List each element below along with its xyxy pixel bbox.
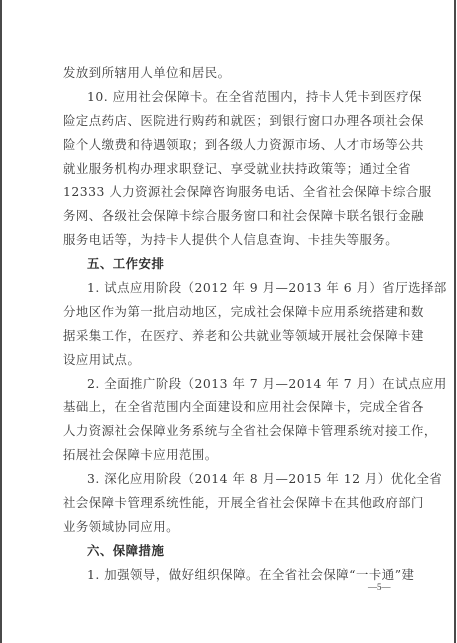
paragraph-deepening-stage-start: 3. 深化应用阶段（2014 年 8 月—2015 年 12 月）优化全省 — [63, 467, 399, 491]
page-number: —5— — [368, 582, 391, 592]
paragraph-10-start: 10. 应用社会保障卡。在全省范围内，持卡人凭卡到医疗保 — [63, 85, 399, 109]
paragraph-rollout-stage-start: 2. 全面推广阶段（2013 年 7 月—2014 年 7 月）在试点应用 — [63, 372, 399, 396]
text-line: 设应用试点。 — [63, 348, 399, 372]
section-heading-safeguards: 六、保障措施 — [63, 539, 399, 563]
text-line: 就业服务机构办理求职登记、享受就业扶持政策等；通过全省 — [63, 157, 399, 181]
text-line: 拓展社会保障卡应用范围。 — [63, 443, 399, 467]
page-right-border — [454, 0, 456, 643]
section-heading-work-arrangement: 五、工作安排 — [63, 252, 399, 276]
text-line: 险定点药店、医院进行购药和就医；到银行窗口办理各项社会保 — [63, 109, 399, 133]
document-body: 发放到所辖用人单位和居民。 10. 应用社会保障卡。在全省范围内，持卡人凭卡到医… — [63, 61, 399, 587]
text-line: 人力资源社会保障业务系统与全省社会保障卡管理系统对接工作， — [63, 419, 399, 443]
document-page: 发放到所辖用人单位和居民。 10. 应用社会保障卡。在全省范围内，持卡人凭卡到医… — [0, 0, 457, 643]
text-line: 分地区作为第一批启动地区，完成社会保障卡应用系统搭建和数 — [63, 300, 399, 324]
text-line: 务网、各级社会保障卡综合服务窗口和社会保障卡联名银行金融 — [63, 204, 399, 228]
text-line: 12333 人力资源社会保障咨询服务电话、全省社会保障卡综合服 — [63, 180, 399, 204]
text-line: 据采集工作，在医疗、养老和公共就业等领域开展社会保障卡建 — [63, 324, 399, 348]
paragraph-leadership-start: 1. 加强领导，做好组织保障。在全省社会保障“一卡通”建 — [63, 563, 399, 587]
text-line: 发放到所辖用人单位和居民。 — [63, 61, 399, 85]
text-line: 业务领域协同应用。 — [63, 515, 399, 539]
text-line: 基础上，在全省范围内全面建设和应用社会保障卡，完成全省各 — [63, 395, 399, 419]
text-line: 社会保障卡管理系统性能，开展全省社会保障卡在其他政府部门 — [63, 491, 399, 515]
text-line: 服务电话等，为持卡人提供个人信息查询、卡挂失等服务。 — [63, 228, 399, 252]
paragraph-pilot-stage-start: 1. 试点应用阶段（2012 年 9 月—2013 年 6 月）省厅选择部 — [63, 276, 399, 300]
text-line: 险个人缴费和待遇领取；到各级人力资源市场、人才市场等公共 — [63, 133, 399, 157]
